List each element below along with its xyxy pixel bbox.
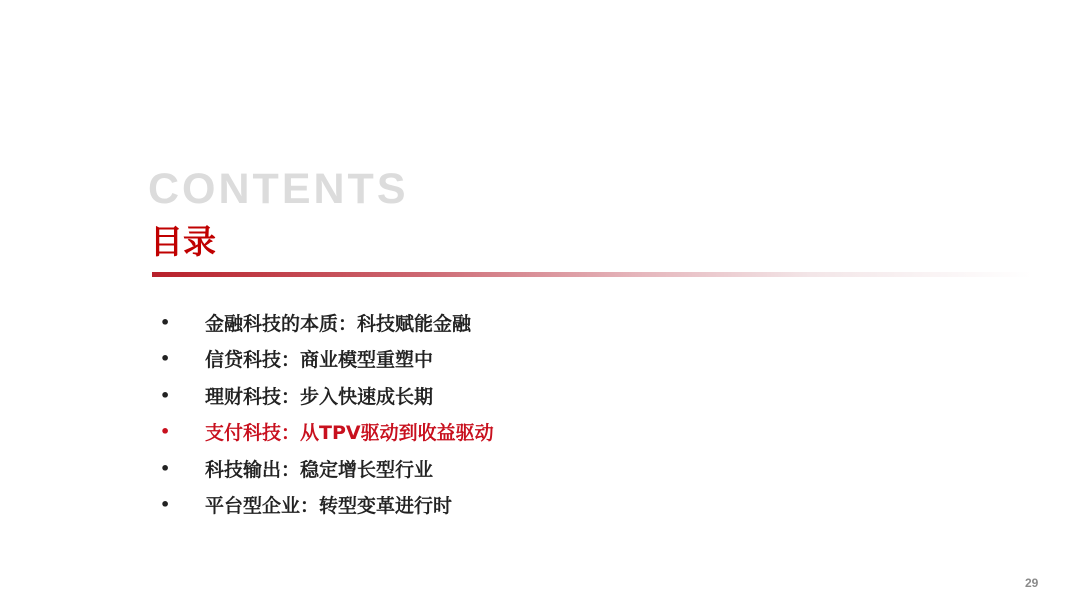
contents-title-chinese: 目录 [150, 220, 216, 264]
toc-item[interactable]: • 理财科技：步入快速成长期 [160, 377, 494, 414]
title-divider [152, 272, 1032, 277]
bullet-icon: • [160, 495, 205, 514]
toc-item-label: 理财科技：步入快速成长期 [205, 382, 433, 409]
bullet-icon: • [160, 349, 205, 368]
page-number: 29 [1025, 576, 1038, 590]
toc-item-label: 金融科技的本质：科技赋能金融 [205, 309, 471, 336]
toc-item[interactable]: • 平台型企业：转型变革进行时 [160, 487, 494, 524]
contents-title-english: CONTENTS [148, 164, 409, 214]
bullet-icon: • [160, 459, 205, 478]
toc-item[interactable]: • 科技输出：稳定增长型行业 [160, 450, 494, 487]
toc-item[interactable]: • 金融科技的本质：科技赋能金融 [160, 304, 494, 341]
toc-item-label: 信贷科技：商业模型重塑中 [205, 345, 433, 372]
toc-item-label: 平台型企业：转型变革进行时 [205, 491, 452, 518]
bullet-icon: • [160, 422, 205, 441]
bullet-icon: • [160, 386, 205, 405]
table-of-contents: • 金融科技的本质：科技赋能金融 • 信贷科技：商业模型重塑中 • 理财科技：步… [160, 304, 494, 523]
toc-item-label: 科技输出：稳定增长型行业 [205, 455, 433, 482]
bullet-icon: • [160, 313, 205, 332]
toc-item[interactable]: • 信贷科技：商业模型重塑中 [160, 341, 494, 378]
toc-item-label: 支付科技：从TPV驱动到收益驱动 [205, 418, 494, 445]
toc-item-active[interactable]: • 支付科技：从TPV驱动到收益驱动 [160, 414, 494, 451]
